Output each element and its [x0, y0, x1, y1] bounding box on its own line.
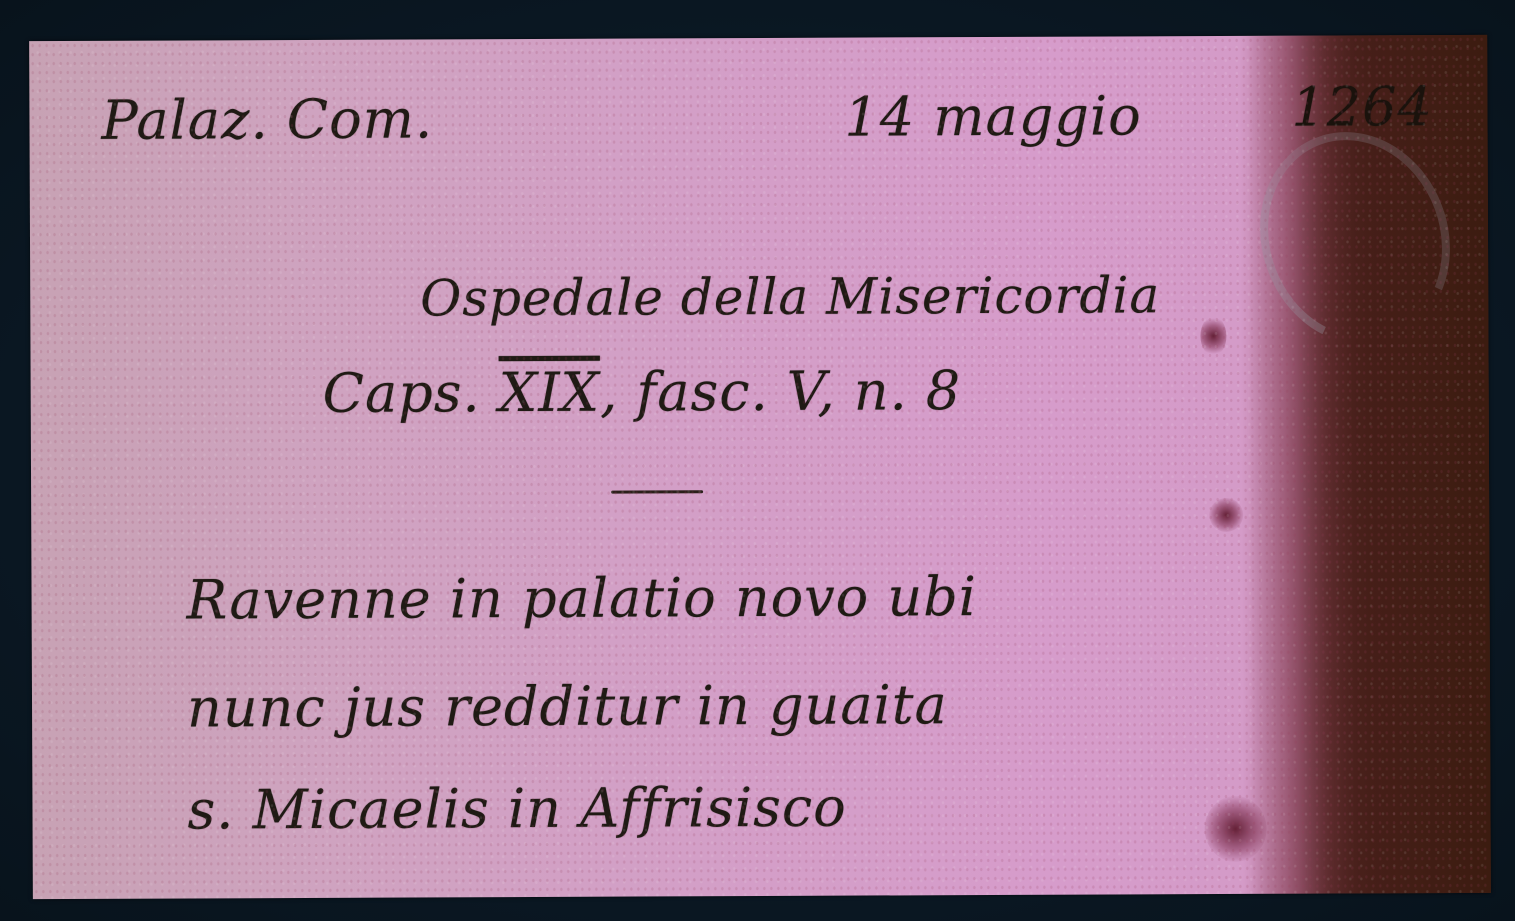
ink-spot: [1200, 316, 1226, 356]
archival-card: Palaz. Com. 14 maggio 1264 Ospedale dell…: [29, 35, 1491, 899]
body-line-3: s. Micaelis in Affrisisco: [187, 776, 846, 842]
fascicle-label: , fasc.: [600, 360, 769, 424]
header-year: 1264: [1291, 75, 1433, 139]
header-location: Palaz. Com.: [101, 87, 433, 151]
ink-spot: [1209, 498, 1243, 532]
number-label: , n.: [817, 359, 908, 422]
body-line-1: Ravenne in palatio novo ubi: [186, 565, 977, 631]
reference-prefix: Caps.: [323, 361, 481, 425]
scan-background: Palaz. Com. 14 maggio 1264 Ospedale dell…: [0, 0, 1515, 921]
header-date: 14 maggio: [844, 84, 1141, 148]
source-reference: Caps. XIX, fasc. V, n. 8: [323, 359, 962, 425]
ink-spot: [1204, 796, 1266, 862]
fascicle-number: V: [787, 360, 818, 423]
body-line-2: nunc jus redditur in guaita: [187, 673, 948, 739]
separator-dash: [611, 490, 703, 493]
source-institution: Ospedale della Misericordia: [420, 266, 1160, 327]
item-number: 8: [926, 359, 962, 422]
capsa-number: XIX: [499, 361, 600, 424]
